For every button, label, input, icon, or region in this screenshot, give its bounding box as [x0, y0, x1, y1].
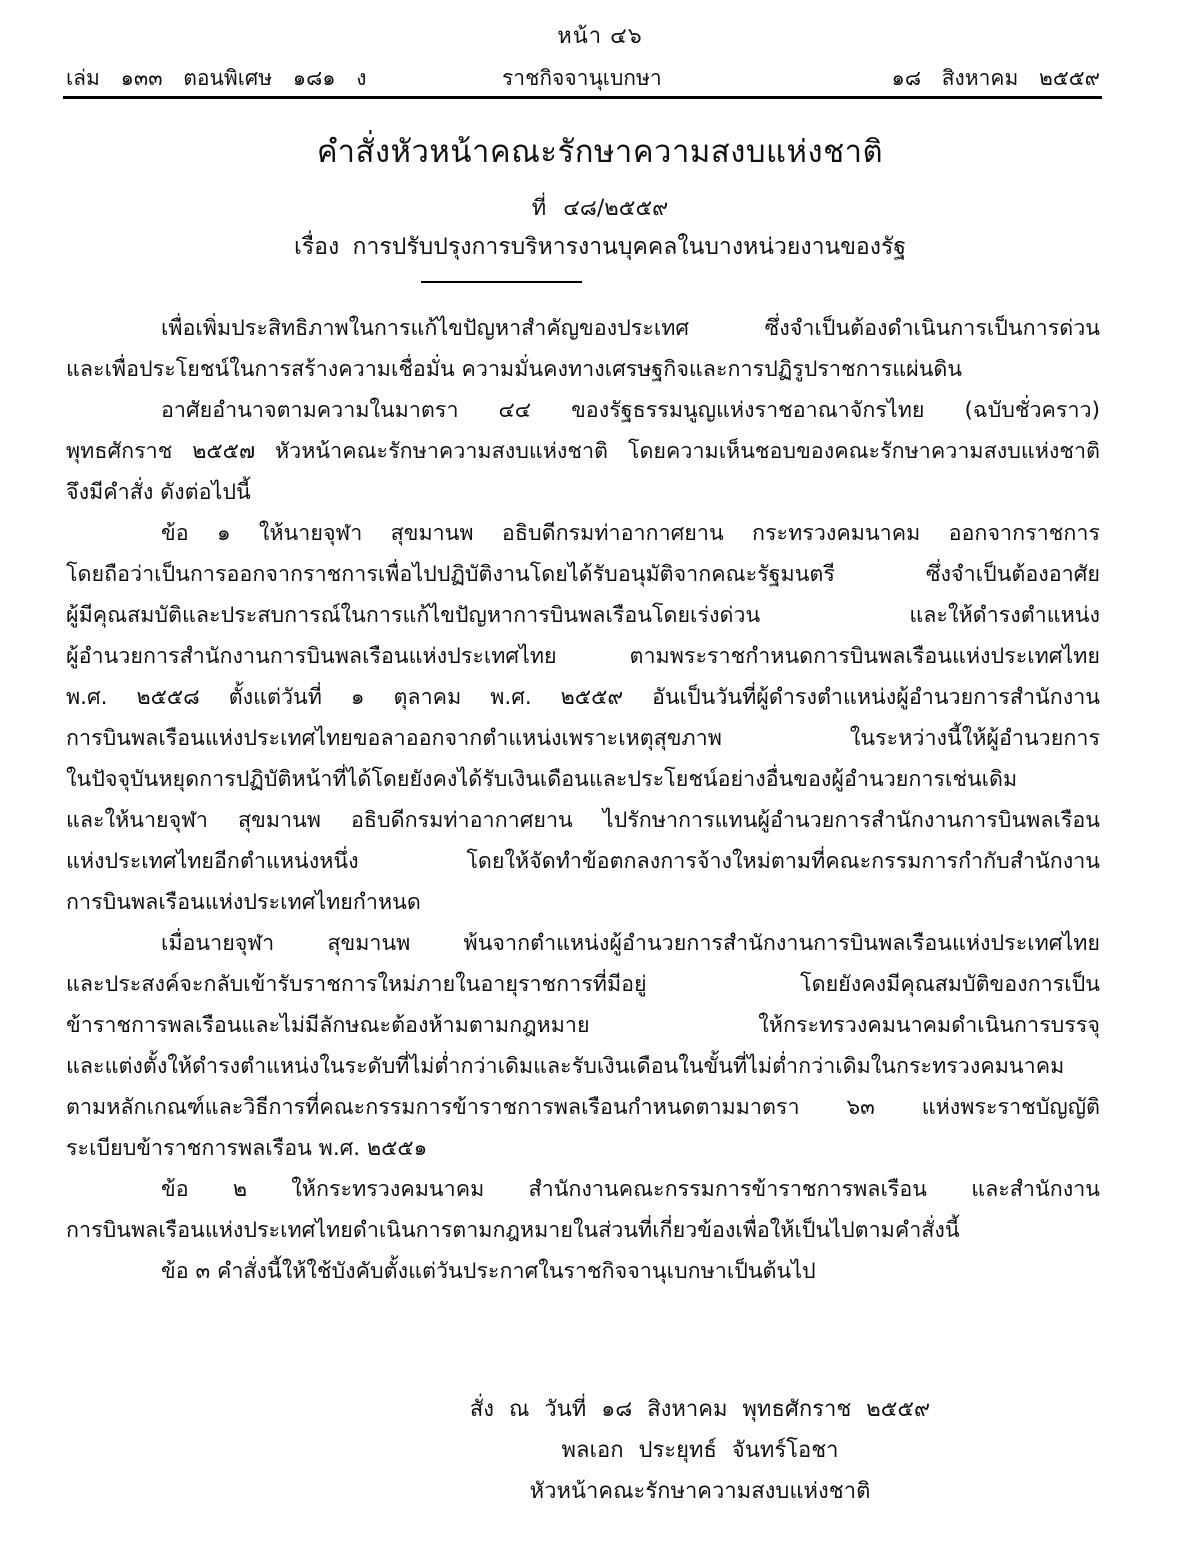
gazette-page: หน้า ๔๖ เล่ม ๑๓๓ ตอนพิเศษ ๑๘๑ ง ราชกิจจา…: [0, 0, 1200, 1545]
body-line: ข้อ ๓ คำสั่งนี้ให้ใช้บังคับตั้งแต่วันประ…: [66, 1255, 1100, 1296]
order-number: ที่ ๔๘/๒๕๕๙: [0, 190, 1200, 225]
body-line: ระเบียบข้าราชการพลเรือน พ.ศ. ๒๕๕๑: [66, 1132, 1100, 1173]
body-line: ในปัจจุบันหยุดการปฏิบัติหน้าที่ได้โดยยัง…: [66, 763, 1100, 804]
document-title: คำสั่งหัวหน้าคณะรักษาความสงบแห่งชาติ: [0, 126, 1200, 176]
title-divider: [421, 281, 582, 283]
body-line: และแต่งตั้งให้ดำรงตำแหน่งในระดับที่ไม่ต่…: [66, 1050, 1100, 1091]
signature-date: สั่ง ณ วันที่ ๑๘ สิงหาคม พุทธศักราช ๒๕๕๙: [380, 1393, 1020, 1434]
body-line: ข้าราชการพลเรือนและไม่มีลักษณะต้องห้ามตา…: [66, 1009, 1100, 1050]
body-line: การบินพลเรือนแห่งประเทศไทยดำเนินการตามกฎ…: [66, 1214, 1100, 1255]
body-line: พ.ศ. ๒๕๕๘ ตั้งแต่วันที่ ๑ ตุลาคม พ.ศ. ๒๕…: [66, 681, 1100, 722]
body-line: การบินพลเรือนแห่งประเทศไทยขอลาออกจากตำแห…: [66, 722, 1100, 763]
header-divider: [63, 96, 1102, 99]
body-line: เพื่อเพิ่มประสิทธิภาพในการแก้ไขปัญหาสำคั…: [66, 312, 1100, 353]
body-line: แห่งประเทศไทยอีกตำแหน่งหนึ่ง โดยให้จัดทำ…: [66, 845, 1100, 886]
body-line: และให้นายจุฬา สุขมานพ อธิบดีกรมท่าอากาศย…: [66, 804, 1100, 845]
page-number: หน้า ๔๖: [0, 18, 1200, 53]
body-line: ผู้อำนวยการสำนักงานการบินพลเรือนแห่งประเ…: [66, 640, 1100, 681]
publication-name: ราชกิจจานุเบกษา: [502, 62, 662, 95]
body-line: และเพื่อประโยชน์ในการสร้างความเชื่อมั่น …: [66, 353, 1100, 394]
body-line: โดยถือว่าเป็นการออกจากราชการเพื่อไปปฏิบั…: [66, 558, 1100, 599]
signatory-position: หัวหน้าคณะรักษาความสงบแห่งชาติ: [380, 1475, 1020, 1516]
volume-info: เล่ม ๑๓๓ ตอนพิเศษ ๑๘๑ ง: [66, 62, 367, 95]
gazette-header: เล่ม ๑๓๓ ตอนพิเศษ ๑๘๑ ง ราชกิจจานุเบกษา …: [66, 62, 1100, 92]
signatory-name: พลเอก ประยุทธ์ จันทร์โอชา: [380, 1434, 1020, 1475]
body-line: อาศัยอำนาจตามความในมาตรา ๔๔ ของรัฐธรรมนู…: [66, 394, 1100, 435]
body-line: เมื่อนายจุฬา สุขมานพ พ้นจากตำแหน่งผู้อำน…: [66, 927, 1100, 968]
body-line: ข้อ ๑ ให้นายจุฬา สุขมานพ อธิบดีกรมท่าอาก…: [66, 517, 1100, 558]
body-line: และประสงค์จะกลับเข้ารับราชการใหม่ภายในอา…: [66, 968, 1100, 1009]
body-line: จึงมีคำสั่ง ดังต่อไปนี้: [66, 476, 1100, 517]
body-line: พุทธศักราช ๒๕๕๗ หัวหน้าคณะรักษาความสงบแห…: [66, 435, 1100, 476]
publication-date: ๑๘ สิงหาคม ๒๕๕๙: [892, 62, 1101, 95]
body-line: ตามหลักเกณฑ์และวิธีการที่คณะกรรมการข้ารา…: [66, 1091, 1100, 1132]
document-subject: เรื่อง การปรับปรุงการบริหารงานบุคคลในบาง…: [0, 229, 1200, 265]
document-body: เพื่อเพิ่มประสิทธิภาพในการแก้ไขปัญหาสำคั…: [66, 312, 1100, 1296]
body-line: ผู้มีคุณสมบัติและประสบการณ์ในการแก้ไขปัญ…: [66, 599, 1100, 640]
body-line: การบินพลเรือนแห่งประเทศไทยกำหนด: [66, 886, 1100, 927]
body-line: ข้อ ๒ ให้กระทรวงคมนาคม สำนักงานคณะกรรมกา…: [66, 1173, 1100, 1214]
signature-block: สั่ง ณ วันที่ ๑๘ สิงหาคม พุทธศักราช ๒๕๕๙…: [380, 1393, 1020, 1516]
